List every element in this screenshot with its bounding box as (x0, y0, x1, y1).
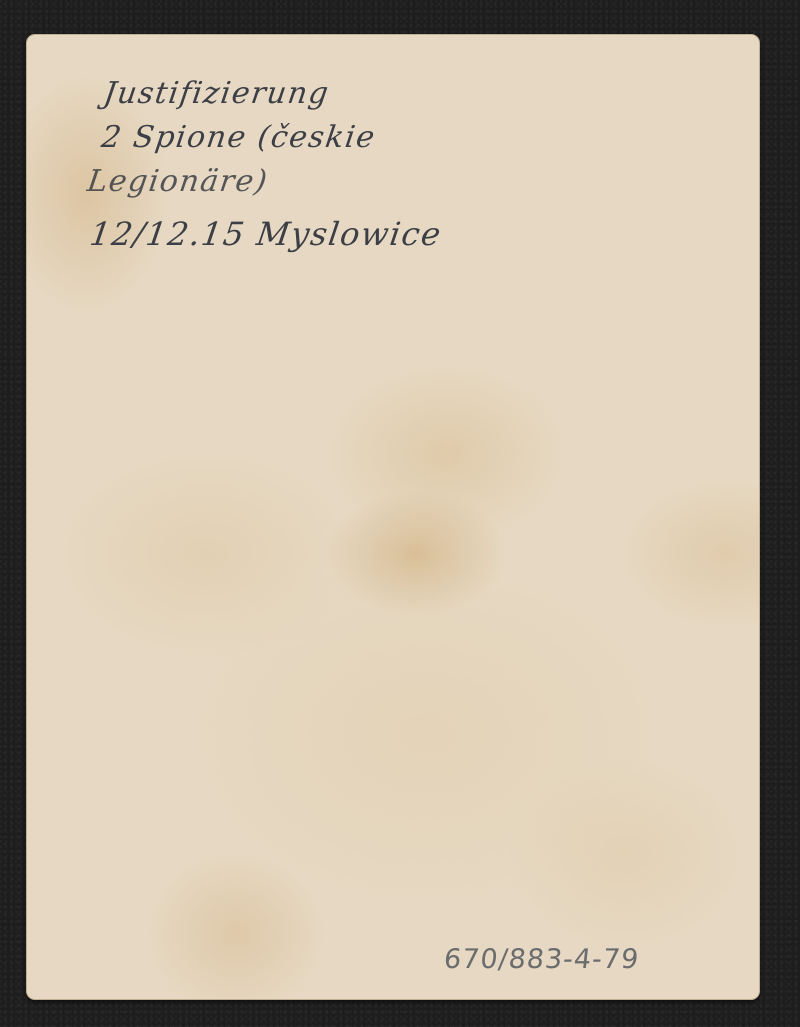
photo-card-reverse: Justifizierung 2 Spione (českie Legionär… (26, 34, 760, 1000)
inscription-line-date-place: 12/12.15 Myslowice (87, 212, 445, 256)
inscription-line-subject-cont: Legionäre) (84, 160, 452, 204)
inscription-line-title: Justifizierung (101, 72, 465, 116)
handwritten-inscription: Justifizierung 2 Spione (českie Legionär… (77, 72, 464, 256)
archive-number: 670/883-4-79 (442, 944, 640, 975)
inscription-line-subject: 2 Spione (českie (99, 116, 459, 160)
